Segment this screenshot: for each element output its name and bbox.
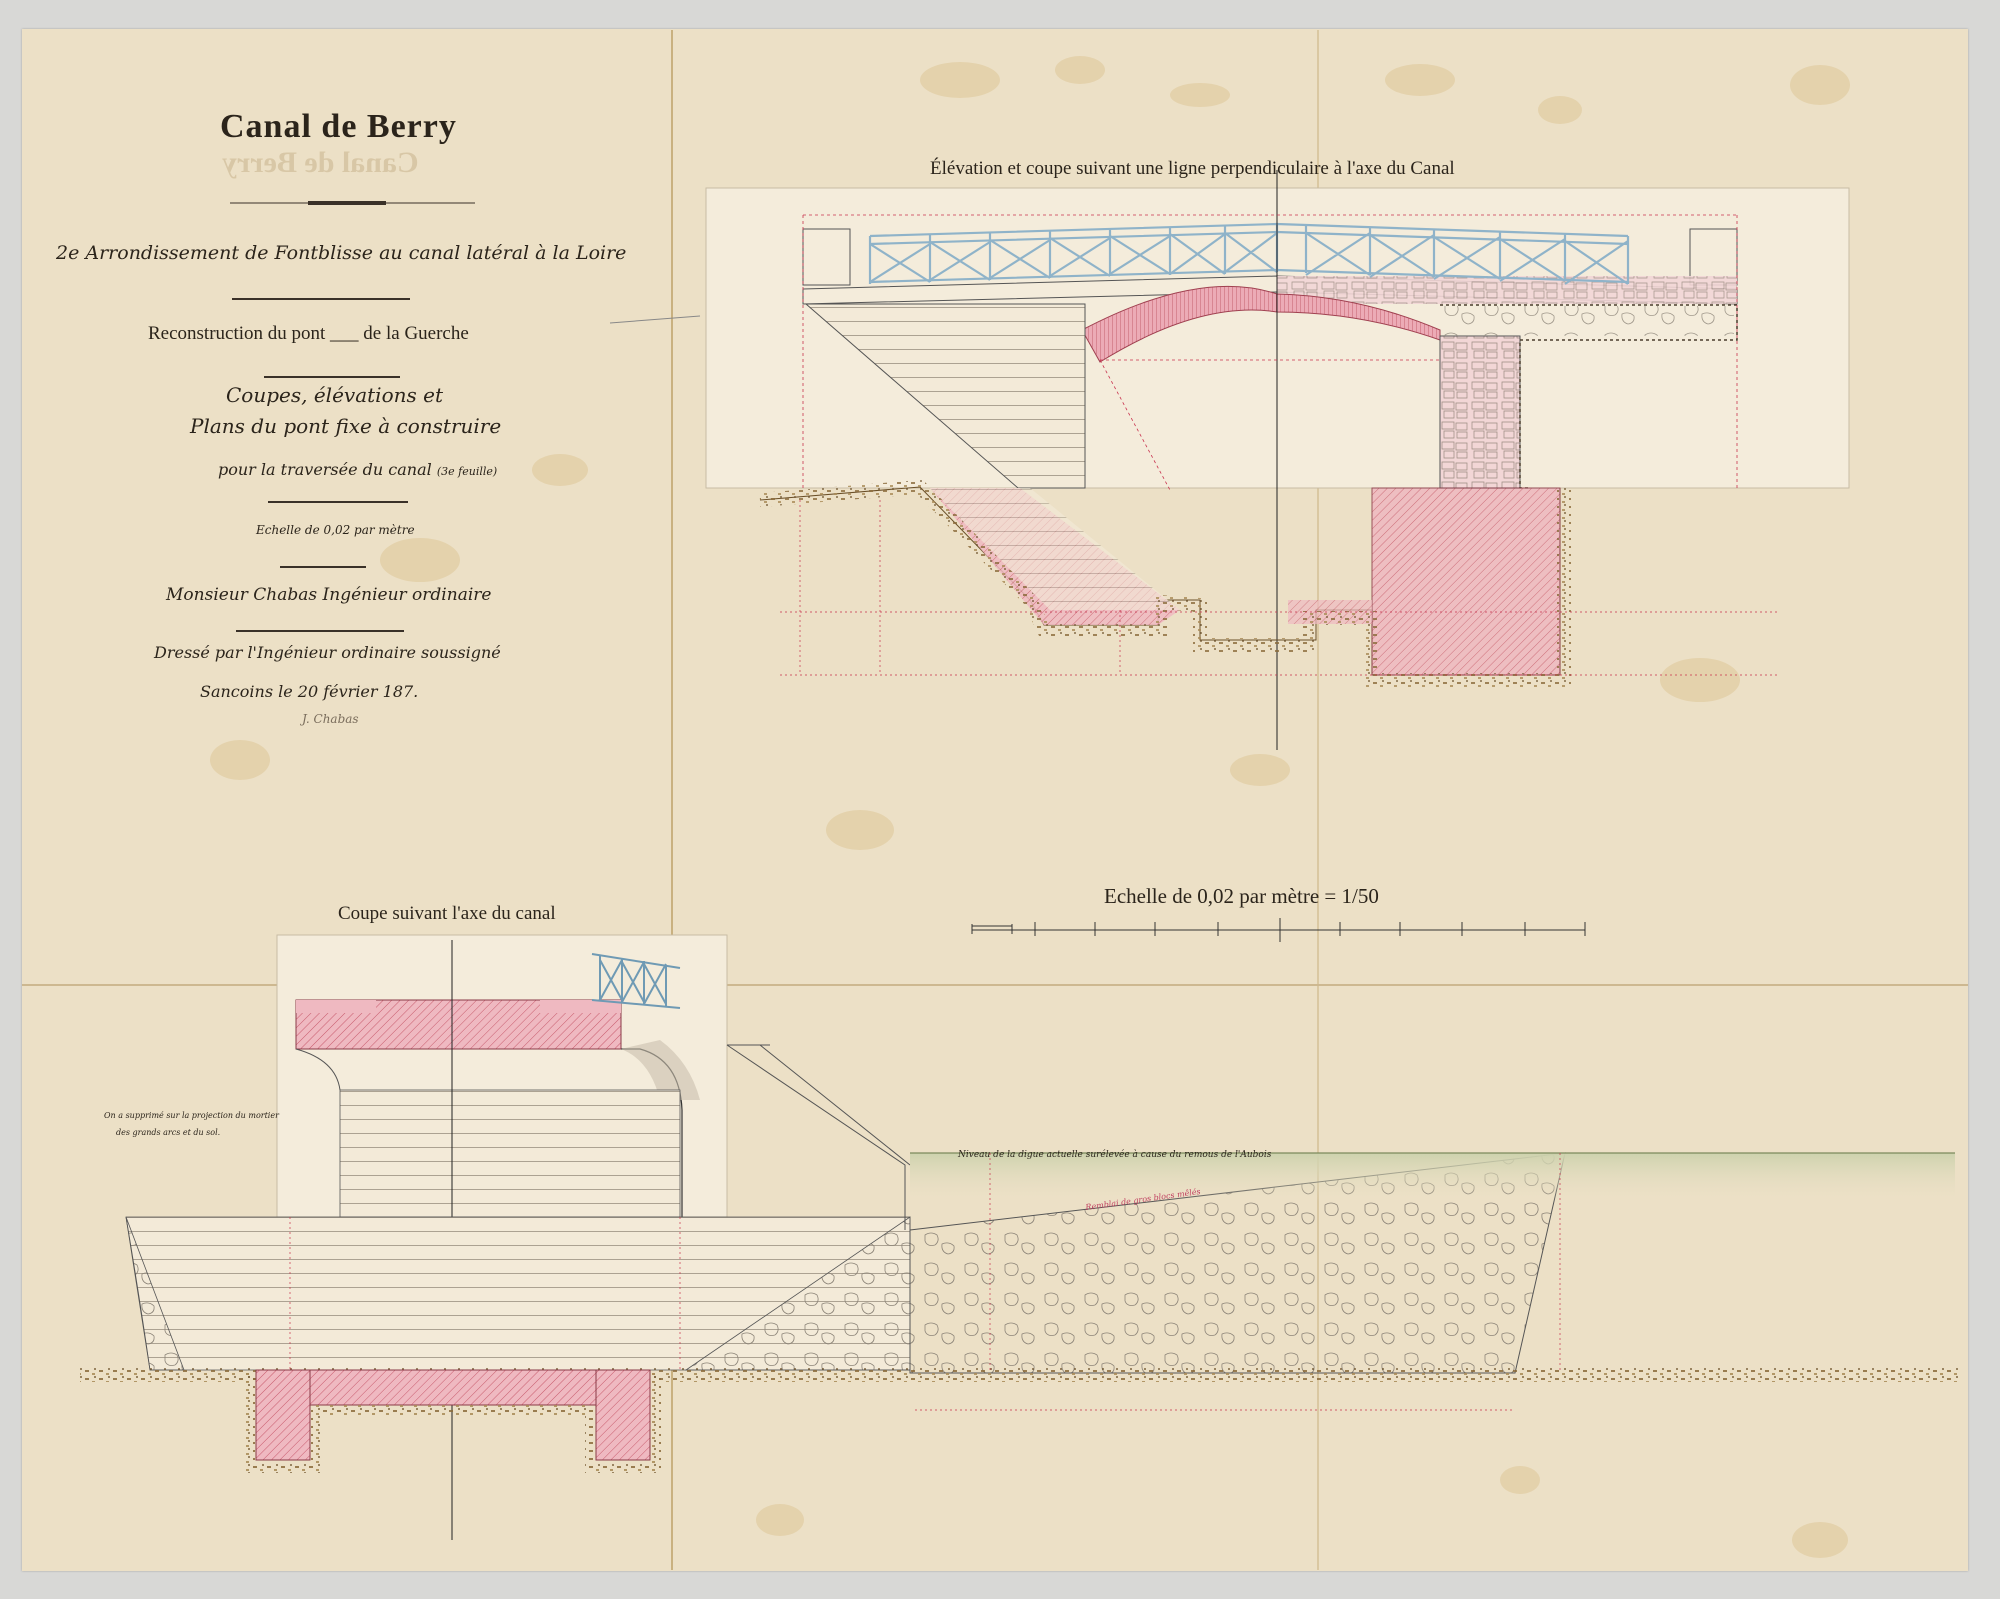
water-level-label: Niveau de la digue actuelle surélevée à …	[958, 1150, 1271, 1160]
document-title-offset-ghost: Canal de Berry	[222, 146, 419, 180]
subtitle-line-1: Coupes, élévations et	[226, 383, 443, 407]
axis-section-title: Coupe suivant l'axe du canal	[338, 903, 556, 925]
subtitle-line-2: Plans du pont fixe à construire	[190, 414, 501, 438]
reconstruction-line: Reconstruction du pont ___ de la Guerche	[148, 323, 469, 345]
place-date-line: Sancoins le 20 février 187.	[200, 682, 418, 701]
arrondissement-line: 2e Arrondissement de Fontblisse au canal…	[56, 242, 626, 264]
drafted-by-line: Dressé par l'Ingénieur ordinaire soussig…	[154, 643, 501, 662]
engineer-line: Monsieur Chabas Ingénieur ordinaire	[166, 585, 491, 605]
subtitle-line-3: pour la traversée du canal (3e feuille)	[218, 460, 497, 479]
section-note-line-1: On a supprimé sur la projection du morti…	[104, 1111, 279, 1120]
sheet-number: (3e feuille)	[437, 465, 497, 478]
scale-note: Echelle de 0,02 par mètre	[256, 523, 415, 537]
document-title: Canal de Berry	[220, 108, 457, 146]
signature: J. Chabas	[302, 712, 359, 726]
foundation-section	[760, 487, 1780, 680]
elevation-title: Élévation et coupe suivant une ligne per…	[930, 158, 1455, 180]
scale-bar	[972, 918, 1585, 942]
scale-bar-title: Echelle de 0,02 par mètre = 1/50	[1104, 884, 1379, 909]
technical-drawing	[0, 0, 2000, 1599]
section-note-line-2: des grands arcs et du sol.	[116, 1128, 220, 1137]
subtitle-line-3-text: pour la traversée du canal	[218, 460, 432, 479]
